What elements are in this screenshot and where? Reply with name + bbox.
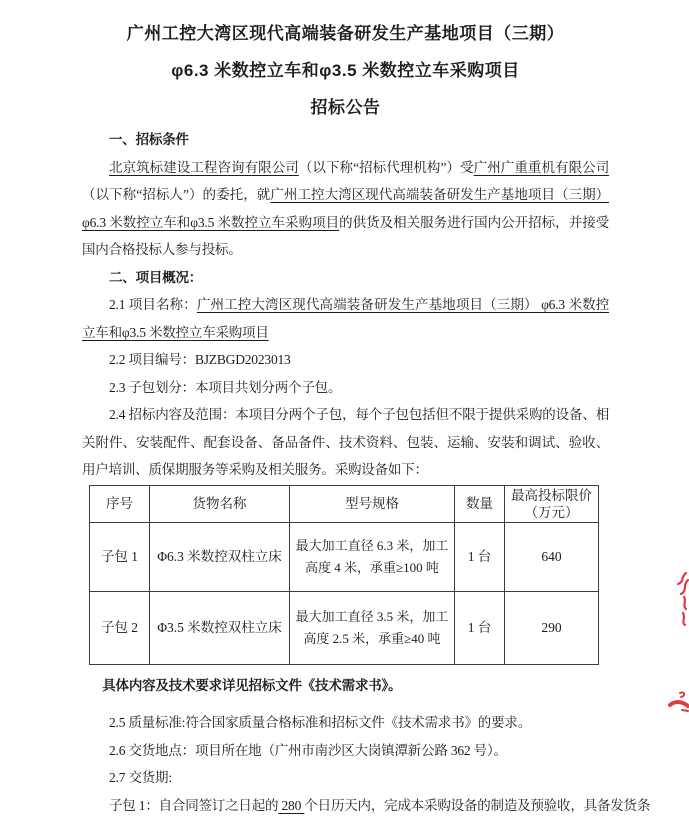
cell-price: 640: [505, 522, 599, 591]
cell-seq: 子包 1: [90, 522, 150, 591]
tender-announcement-page: 广州工控大湾区现代高端装备研发生产基地项目（三期） φ6.3 米数控立车和φ3.…: [0, 0, 689, 820]
technical-requirements-note: 具体内容及技术要求详见招标文件《技术需求书》。: [82, 672, 609, 700]
item-2-5: 2.5 质量标准:符合国家质量合格标准和招标文件《技术需求书》的要求。: [82, 709, 609, 737]
col-header-qty: 数量: [455, 485, 505, 522]
col-header-goods-name: 货物名称: [150, 485, 290, 522]
cell-seq: 子包 2: [90, 591, 150, 664]
table-header-row: 序号 货物名称 型号规格 数量 最高投标限价（万元）: [90, 485, 599, 522]
item-2-2: 2.2 项目编号：BJZBGD2023013: [82, 346, 609, 374]
document-body: 广州工控大湾区现代高端装备研发生产基地项目（三期） φ6.3 米数控立车和φ3.…: [0, 0, 689, 819]
para-text: （以下称“招标代理机构”）受: [299, 160, 474, 175]
owner-name: 广州广重重机有限公司: [474, 160, 609, 175]
delivery-text: 个日历天内，完成本采购设备的制造及预验收，具备发货条: [304, 798, 650, 813]
cell-price: 290: [505, 591, 599, 664]
doc-title-line2: φ6.3 米数控立车和φ3.5 米数控立车采购项目: [82, 52, 609, 89]
delivery-text: 子包 1：自合同签订之日起的: [109, 798, 278, 813]
cell-spec: 最大加工直径 6.3 米，加工高度 4 米，承重≥100 吨: [290, 522, 455, 591]
cell-qty: 1 台: [455, 522, 505, 591]
item-2-3: 2.3 子包划分：本项目共划分两个子包。: [82, 374, 609, 402]
item-2-1: 2.1 项目名称：广州工控大湾区现代高端装备研发生产基地项目（三期） φ6.3 …: [82, 291, 609, 346]
doc-title-line3: 招标公告: [82, 89, 609, 126]
para-text: （以下称“招标人”）的委托，就: [82, 187, 270, 202]
agency-name: 北京筑标建设工程咨询有限公司: [109, 160, 299, 175]
item-2-6: 2.6 交货地点：项目所在地（广州市南沙区大岗镇潭新公路 362 号）。: [82, 737, 609, 765]
cell-spec: 最大加工直径 3.5 米，加工高度 2.5 米，承重≥40 吨: [290, 591, 455, 664]
item-2-7: 2.7 交货期:: [82, 764, 609, 792]
cell-qty: 1 台: [455, 591, 505, 664]
table-row: 子包 1 Φ6.3 米数控双柱立床 最大加工直径 6.3 米，加工高度 4 米，…: [90, 522, 599, 591]
item-2-4: 2.4 招标内容及范围：本项目分两个子包，每个子包包括但不限于提供采购的设备、相…: [82, 401, 609, 484]
section1-paragraph: 北京筑标建设工程咨询有限公司（以下称“招标代理机构”）受广州广重重机有限公司（以…: [82, 154, 609, 264]
col-header-seq: 序号: [90, 485, 150, 522]
col-header-spec: 型号规格: [290, 485, 455, 522]
section1-heading: 一、招标条件: [82, 126, 609, 154]
delivery-days-value: 280: [278, 798, 304, 813]
cell-goods-name: Φ3.5 米数控双柱立床: [150, 591, 290, 664]
cell-goods-name: Φ6.3 米数控双柱立床: [150, 522, 290, 591]
table-row: 子包 2 Φ3.5 米数控双柱立床 最大加工直径 3.5 米，加工高度 2.5 …: [90, 591, 599, 664]
section2-heading: 二、项目概况：: [82, 264, 609, 292]
procurement-equipment-table: 序号 货物名称 型号规格 数量 最高投标限价（万元） 子包 1 Φ6.3 米数控…: [89, 485, 599, 665]
col-header-price-limit: 最高投标限价（万元）: [505, 485, 599, 522]
delivery-subpackage-1: 子包 1：自合同签订之日起的 280 个日历天内，完成本采购设备的制造及预验收，…: [82, 792, 609, 820]
doc-title-line1: 广州工控大湾区现代高端装备研发生产基地项目（三期）: [82, 15, 609, 52]
item-2-1-label: 2.1 项目名称：: [109, 297, 197, 312]
